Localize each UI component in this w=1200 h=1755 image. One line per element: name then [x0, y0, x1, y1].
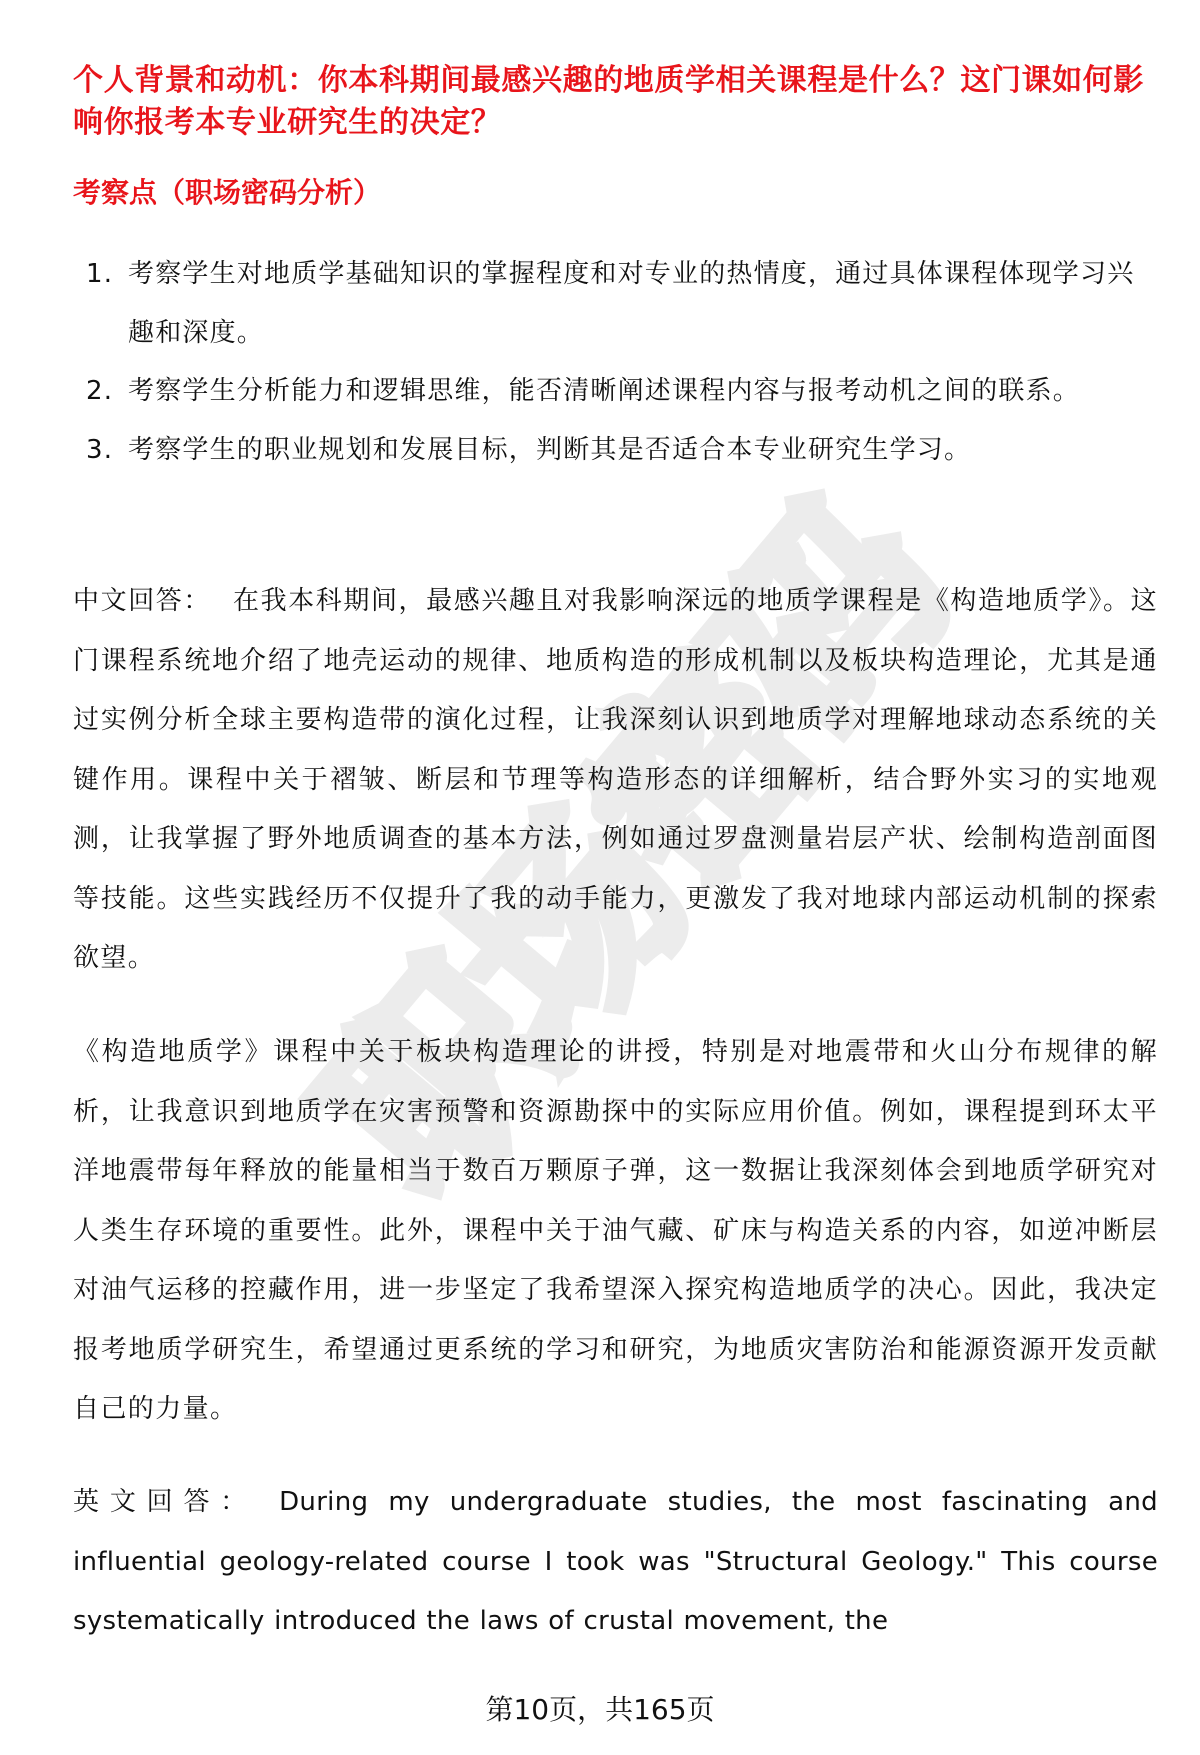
list-number: 1.: [86, 245, 113, 304]
english-answer-label: 英文回答：: [73, 1487, 257, 1517]
assessment-point: 3. 考察学生的职业规划和发展目标，判断其是否适合本专业研究生学习。: [73, 421, 1158, 480]
assessment-point: 2. 考察学生分析能力和逻辑思维，能否清晰阐述课程内容与报考动机之间的联系。: [73, 362, 1158, 421]
assessment-heading: 考察点（职场密码分析）: [73, 172, 381, 214]
page-footer: 第10页，共165页: [0, 1690, 1200, 1730]
list-number: 2.: [86, 362, 113, 421]
chinese-answer-paragraph-2: 《构造地质学》课程中关于板块构造理论的讲授，特别是对地震带和火山分布规律的解析，…: [73, 1023, 1158, 1440]
chinese-answer-paragraph-1: 中文回答：在我本科期间，最感兴趣且对我影响深远的地质学课程是《构造地质学》。这门…: [73, 572, 1158, 989]
chinese-answer-text-1: 在我本科期间，最感兴趣且对我影响深远的地质学课程是《构造地质学》。这门课程系统地…: [73, 586, 1158, 973]
assessment-point: 1. 考察学生对地质学基础知识的掌握程度和对专业的热情度，通过具体课程体现学习兴…: [73, 245, 1158, 362]
english-answer-paragraph: 英文回答：During my undergraduate studies, th…: [73, 1473, 1158, 1652]
list-number: 3.: [86, 421, 113, 480]
assessment-point-text: 考察学生对地质学基础知识的掌握程度和对专业的热情度，通过具体课程体现学习兴趣和深…: [128, 259, 1134, 348]
question-title: 个人背景和动机：你本科期间最感兴趣的地质学相关课程是什么？这门课如何影响你报考本…: [73, 60, 1163, 144]
document-page: 职场密码 个人背景和动机：你本科期间最感兴趣的地质学相关课程是什么？这门课如何影…: [0, 0, 1200, 1755]
chinese-answer-text-2: 《构造地质学》课程中关于板块构造理论的讲授，特别是对地震带和火山分布规律的解析，…: [73, 1037, 1158, 1424]
assessment-point-text: 考察学生分析能力和逻辑思维，能否清晰阐述课程内容与报考动机之间的联系。: [128, 376, 1080, 406]
assessment-points-list: 1. 考察学生对地质学基础知识的掌握程度和对专业的热情度，通过具体课程体现学习兴…: [73, 245, 1158, 479]
page-indicator: 第10页，共165页: [485, 1693, 714, 1726]
chinese-answer-label: 中文回答：: [73, 586, 211, 616]
assessment-point-text: 考察学生的职业规划和发展目标，判断其是否适合本专业研究生学习。: [128, 435, 971, 465]
